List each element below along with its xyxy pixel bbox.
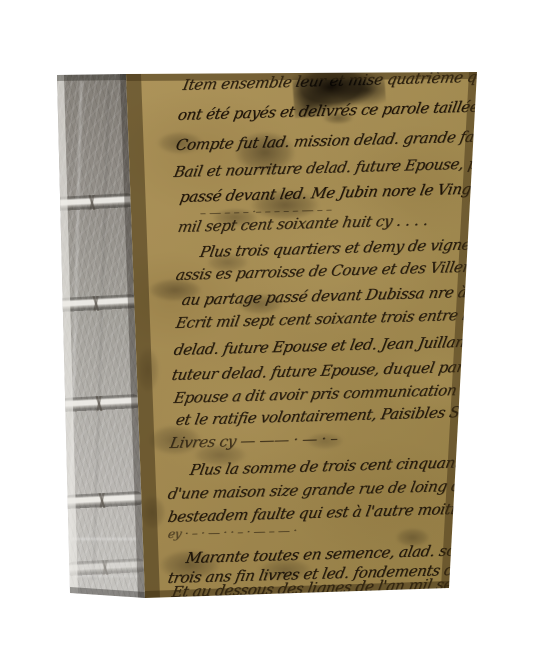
ink-smudge (140, 275, 210, 305)
photo-background: Item ensemble leur et mise quatrième qul… (0, 0, 533, 666)
ink-smudge (300, 430, 350, 452)
ink-smudge (230, 290, 290, 318)
ink-smudge (250, 555, 320, 585)
ink-smudge (200, 250, 255, 275)
spine-raised-band (67, 558, 146, 577)
ink-smudge (390, 525, 435, 550)
ink-seal-smudge (291, 60, 386, 118)
ink-smudge (185, 440, 255, 470)
ink-smudge (150, 128, 210, 158)
ink-smudge (205, 205, 265, 230)
ink-smudge (225, 125, 305, 180)
ink-smudge (150, 545, 230, 585)
